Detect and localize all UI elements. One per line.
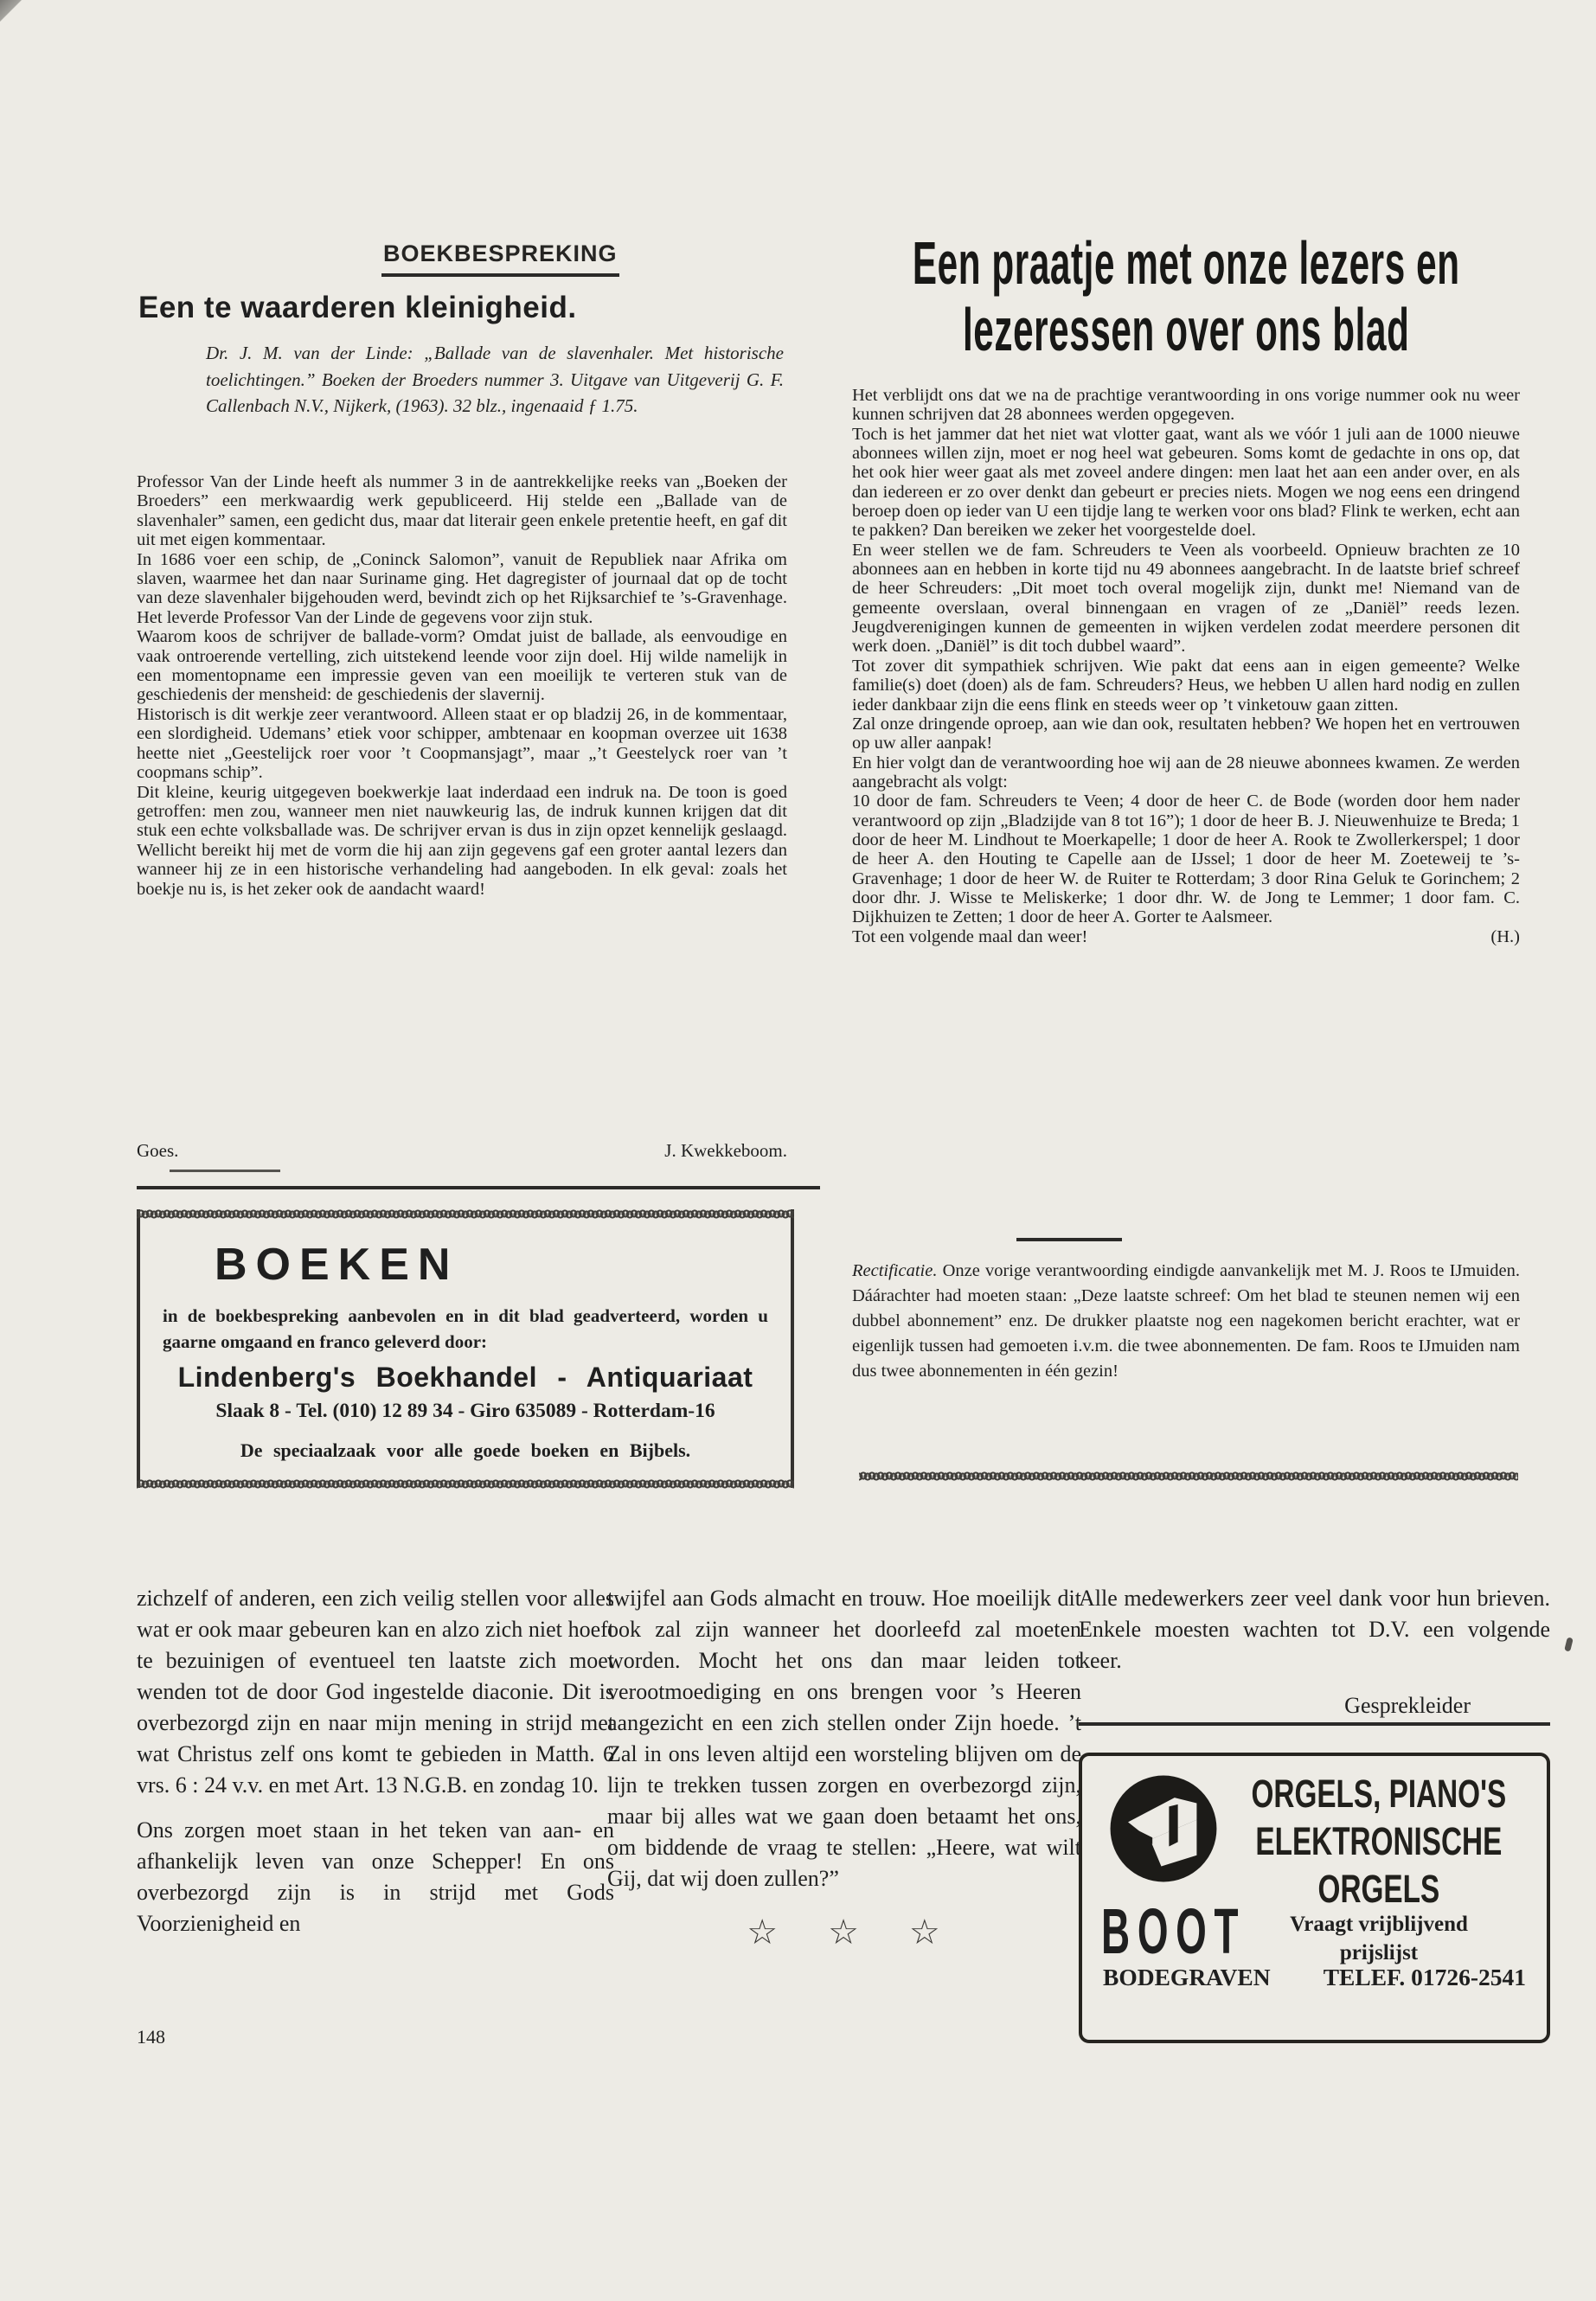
product-line: ORGELS, PIANO'S <box>1226 1770 1532 1817</box>
paragraph: Waarom koos de schrijver de ballade-vorm… <box>137 627 787 705</box>
paragraph: 10 door de fam. Schreuders te Veen; 4 do… <box>852 792 1520 926</box>
signature-rule <box>170 1170 280 1172</box>
boot-phone: TELEF. 01726-2541 <box>1324 1964 1526 1991</box>
paragraph: twijfel aan Gods almacht en trouw. Hoe m… <box>607 1583 1081 1894</box>
braid-border-top <box>137 1208 794 1220</box>
boot-contact-row: BODEGRAVEN TELEF. 01726-2541 <box>1103 1964 1526 1991</box>
paragraph: Ons zorgen moet staan in het teken van a… <box>137 1815 614 1939</box>
right-article-headline: Een praatje met onze lezers en lezeresse… <box>852 230 1520 363</box>
paragraph: En weer stellen we de fam. Schreuders te… <box>852 541 1520 657</box>
closing-line: Tot een volgende maal dan weer! <box>852 927 1087 946</box>
offer-line: Vraagt vrijblijvend <box>1236 1910 1522 1939</box>
boot-product-lines: ORGELS, PIANO'S ELEKTRONISCHE ORGELS <box>1226 1770 1532 1913</box>
right-article-body: Het verblijdt ons dat we na de prachtige… <box>852 386 1520 946</box>
column-signoff: Gesprekleider <box>1079 1690 1550 1721</box>
signature-author: J. Kwekkeboom. <box>664 1140 787 1162</box>
rectification-paragraph: Rectificatie. Onze vorige verantwoording… <box>852 1259 1520 1384</box>
boot-brand: BOOT <box>1101 1900 1246 1964</box>
paragraph: In 1686 voer een schip, de „Coninck Salo… <box>137 550 787 628</box>
paragraph: Zal onze dringende oproep, aan wie dan o… <box>852 715 1520 753</box>
closing-row: Tot een volgende maal dan weer! (H.) <box>852 927 1520 946</box>
paragraph: Historisch is dit werkje zeer verantwoor… <box>137 705 787 783</box>
boeken-ad-intro: in de boekbespreking aanbevolen en in di… <box>163 1303 768 1355</box>
signature-row: Goes. J. Kwekkeboom. <box>137 1140 787 1162</box>
product-line: ELEKTRONISCHE <box>1226 1817 1532 1865</box>
bottom-column-2: twijfel aan Gods almacht en trouw. Hoe m… <box>607 1583 1081 1948</box>
paragraph: Het verblijdt ons dat we na de prachtige… <box>852 386 1520 425</box>
paragraph: Tot zover dit sympathiek schrijven. Wie … <box>852 657 1520 715</box>
boot-ad-divider-rule <box>1079 1722 1550 1726</box>
rectification-lead: Rectificatie. <box>852 1261 937 1280</box>
boeken-tagline: De speciaalzaak voor alle goede boeken e… <box>140 1439 791 1462</box>
article-divider-rule <box>137 1186 820 1189</box>
piano-icon <box>1108 1773 1219 1884</box>
scan-edge-artifact <box>1564 1637 1574 1651</box>
headline-line: lezeressen over ons blad <box>852 297 1520 363</box>
paragraph: En hier volgt dan de verantwoording hoe … <box>852 753 1520 792</box>
page-number: 148 <box>137 2026 165 2048</box>
scan-corner-artifact <box>0 0 26 29</box>
boeken-advertisement: BOEKEN in de boekbespreking aanbevolen e… <box>137 1209 794 1488</box>
boot-city: BODEGRAVEN <box>1103 1964 1271 1991</box>
paragraph: Dit kleine, keurig uitgegeven boekwerkje… <box>137 783 787 899</box>
left-article-body: Professor Van der Linde heeft als nummer… <box>137 472 787 899</box>
paragraph: Alle medewerkers zeer veel dank voor hun… <box>1079 1583 1550 1676</box>
book-citation: Dr. J. M. van der Linde: „Ballade van de… <box>206 340 784 420</box>
closing-initial: (H.) <box>1490 927 1520 946</box>
bottom-column-1: zichzelf of anderen, een zich veilig ste… <box>137 1583 614 1939</box>
product-line: ORGELS <box>1226 1865 1532 1913</box>
stars-decoration: ☆ ☆ ☆ <box>607 1917 1081 1948</box>
paragraph: zichzelf of anderen, een zich veilig ste… <box>137 1583 614 1801</box>
bottom-column-3: Alle medewerkers zeer veel dank voor hun… <box>1079 1583 1550 1721</box>
boot-offer: Vraagt vrijblijvend prijslijst <box>1236 1910 1522 1967</box>
rectification-text: Onze vorige verantwoording eindigde aanv… <box>852 1261 1520 1381</box>
braid-divider <box>859 1470 1518 1482</box>
rectification-divider-rule <box>1016 1238 1122 1241</box>
braid-border-bottom <box>137 1477 794 1490</box>
boeken-store-name: Lindenberg's Boekhandel - Antiquariaat <box>140 1362 791 1394</box>
paragraph: Professor Van der Linde heeft als nummer… <box>137 472 787 550</box>
magazine-page-scan: BOEKBESPREKING Een te waarderen kleinigh… <box>0 0 1596 2301</box>
headline-line: Een praatje met onze lezers en <box>852 230 1520 297</box>
boeken-address-line: Slaak 8 - Tel. (010) 12 89 34 - Giro 635… <box>140 1400 791 1423</box>
paragraph: Toch is het jammer dat het niet wat vlot… <box>852 425 1520 541</box>
boot-advertisement: ORGELS, PIANO'S ELEKTRONISCHE ORGELS BOO… <box>1079 1753 1550 2043</box>
signature-place: Goes. <box>137 1140 178 1162</box>
left-article-title: Een te waarderen kleinigheid. <box>138 291 577 325</box>
boeken-ad-title: BOEKEN <box>215 1239 458 1291</box>
section-label: BOEKBESPREKING <box>381 240 619 277</box>
